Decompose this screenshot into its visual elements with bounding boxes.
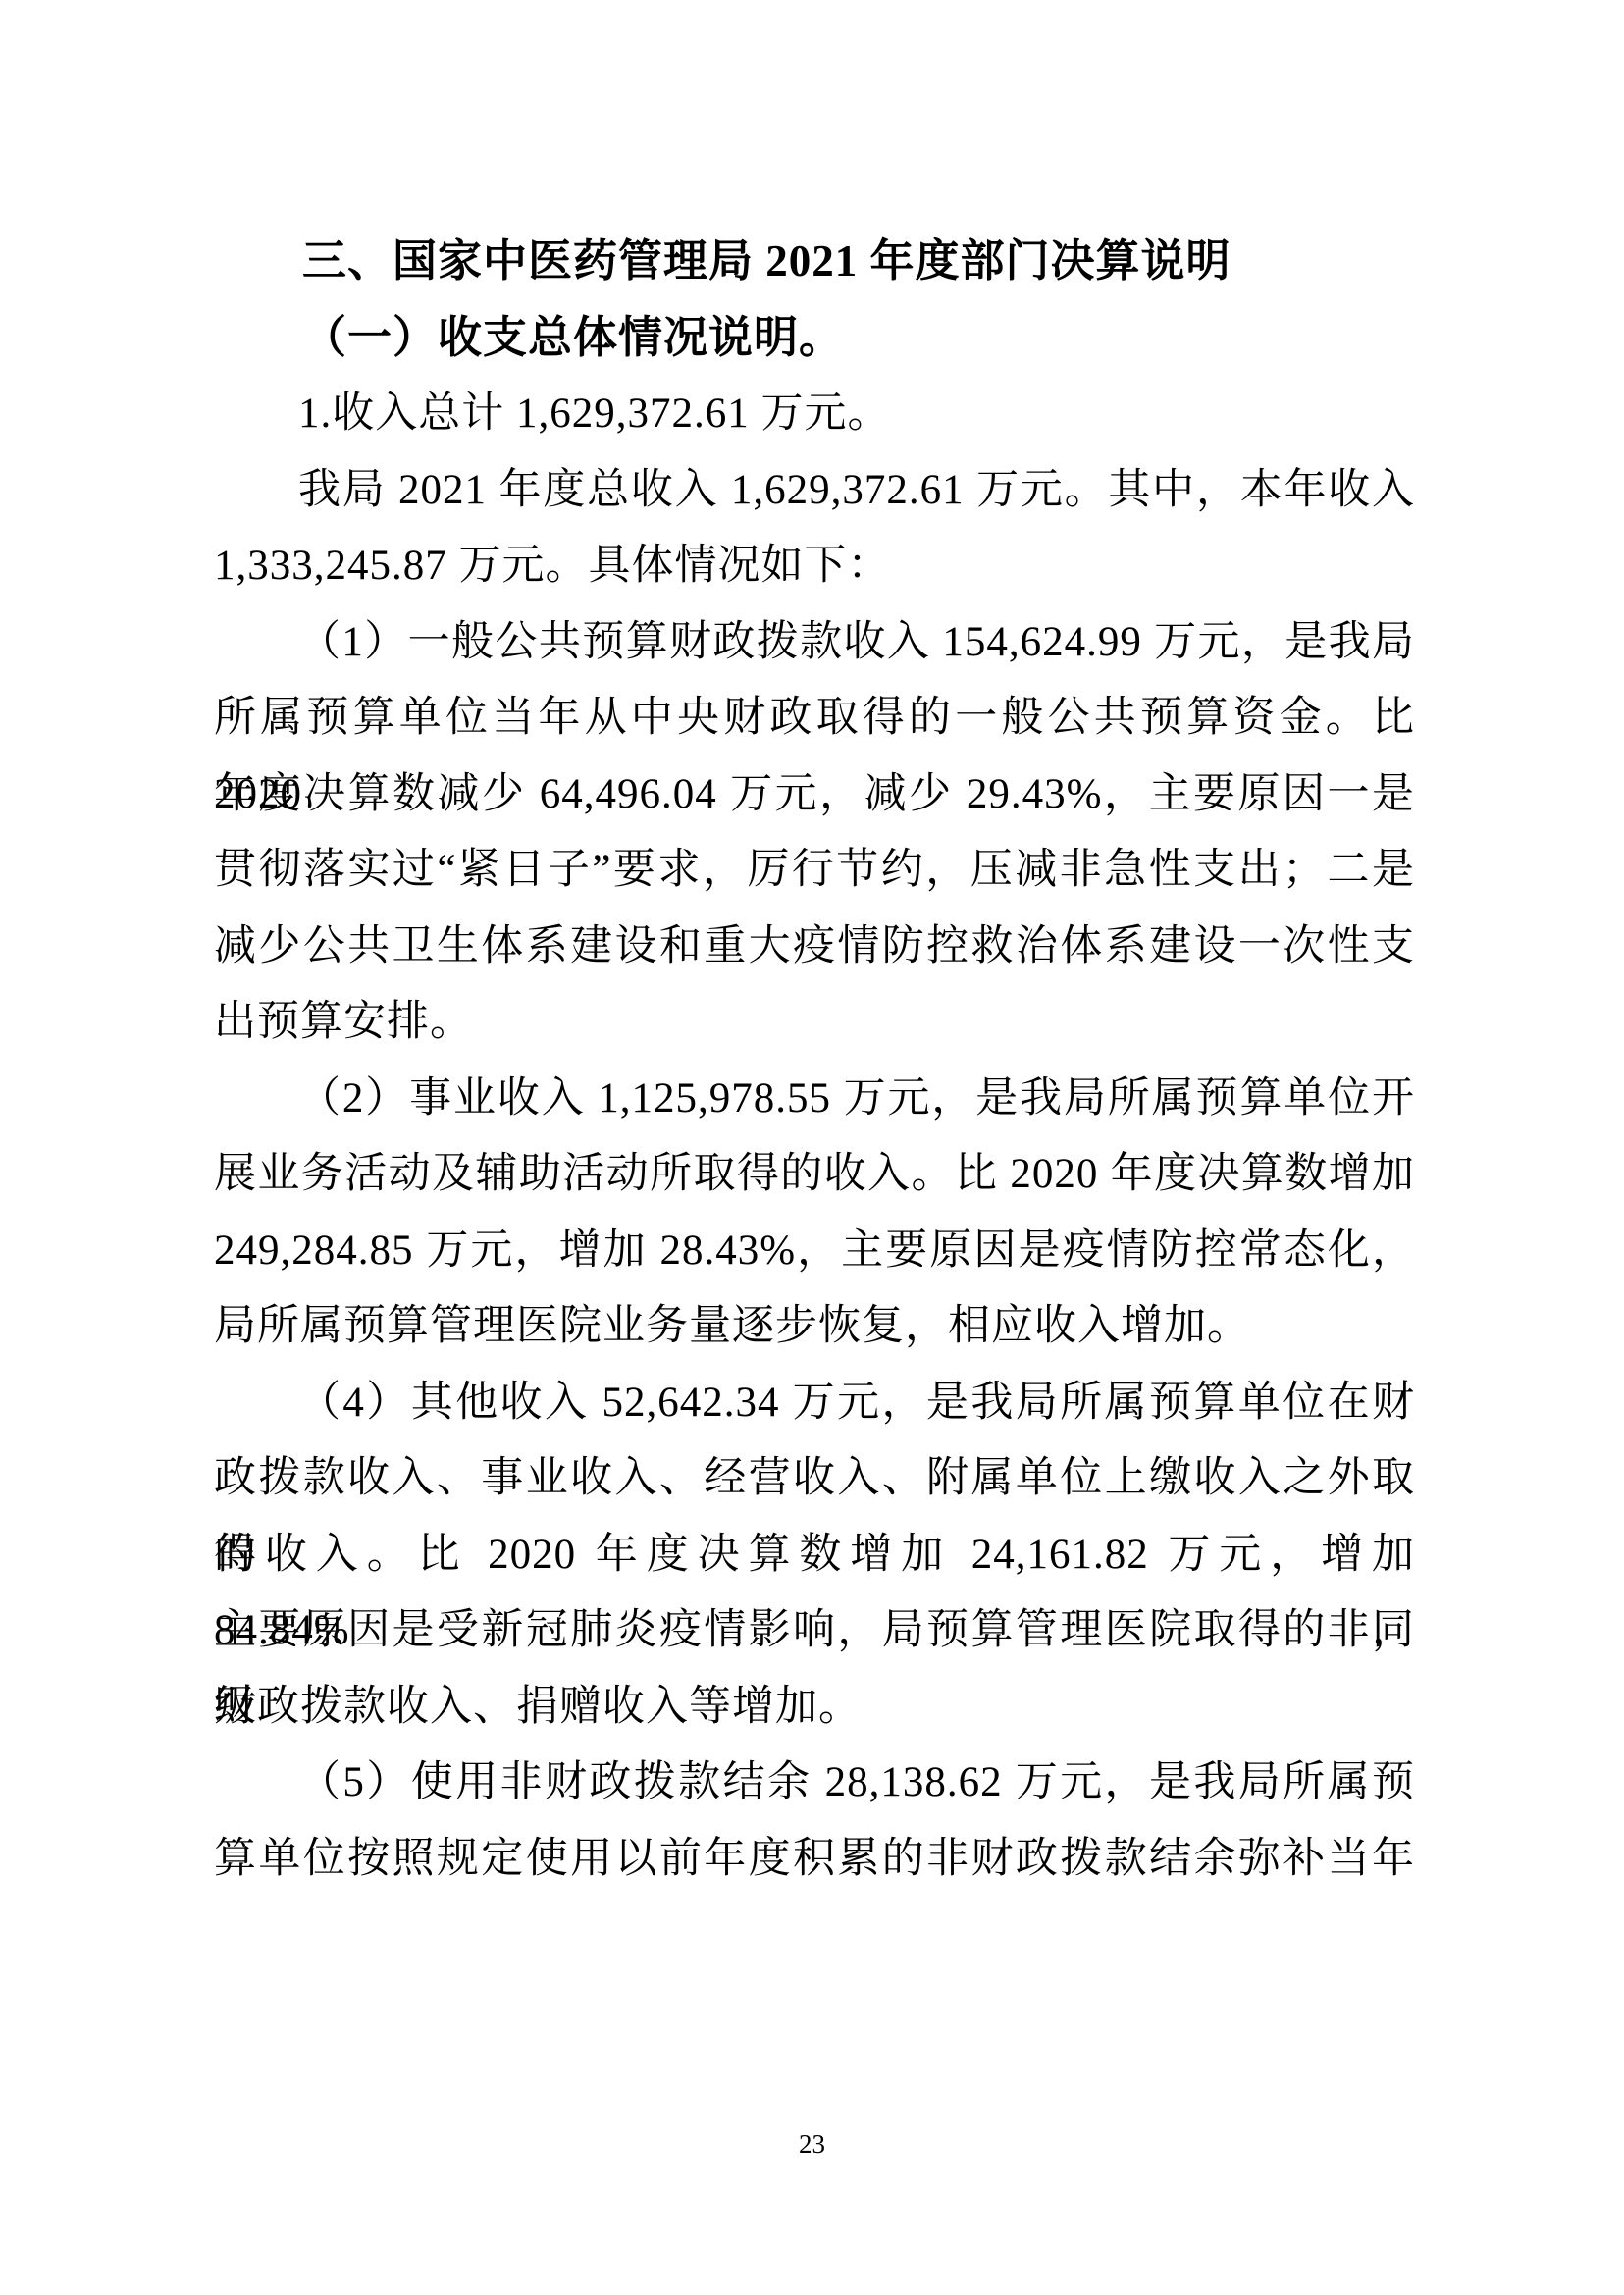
text-line: 局所属预算管理医院业务量逐步恢复，相应收入增加。	[214, 1288, 1415, 1365]
text-line: 1.收入总计 1,629,372.61 万元。	[214, 376, 1415, 452]
text-line: 所属预算单位当年从中央财政取得的一般公共预算资金。比 2020	[214, 680, 1415, 756]
text-line: 出预算安排。	[214, 984, 1415, 1061]
text-line: 减少公共卫生体系建设和重大疫情防控救治体系建设一次性支	[214, 909, 1415, 985]
text-line: 政拨款收入、事业收入、经营收入、附属单位上缴收入之外取得	[214, 1440, 1415, 1517]
text-line: 我局 2021 年度总收入 1,629,372.61 万元。其中，本年收入	[214, 452, 1415, 529]
document-title: 三、国家中医药管理局 2021 年度部门决算说明	[214, 224, 1415, 300]
text-line: 主要原因是受新冠肺炎疫情影响，局预算管理医院取得的非同级	[214, 1592, 1415, 1669]
text-line: （2）事业收入 1,125,978.55 万元，是我局所属预算单位开	[214, 1061, 1415, 1137]
text-line: 展业务活动及辅助活动所取得的收入。比 2020 年度决算数增加	[214, 1136, 1415, 1213]
text-line: 年度决算数减少 64,496.04 万元，减少 29.43%，主要原因一是	[214, 756, 1415, 833]
document-sheet: 三、国家中医药管理局 2021 年度部门决算说明 （一）收支总体情况说明。 1.…	[0, 0, 1624, 2295]
page-number: 23	[0, 2124, 1624, 2164]
text-line: （4）其他收入 52,642.34 万元，是我局所属预算单位在财	[214, 1365, 1415, 1441]
text-line: 249,284.85 万元，增加 28.43%，主要原因是疫情防控常态化，	[214, 1213, 1415, 1289]
text-line: 算单位按照规定使用以前年度积累的非财政拨款结余弥补当年	[214, 1821, 1415, 1898]
document-body: 三、国家中医药管理局 2021 年度部门决算说明 （一）收支总体情况说明。 1.…	[214, 224, 1415, 1897]
text-line: （1）一般公共预算财政拨款收入 154,624.99 万元，是我局	[214, 604, 1415, 681]
text-line: 的收入。比 2020 年度决算数增加 24,161.82 万元，增加 84.84…	[214, 1517, 1415, 1593]
text-line: （5）使用非财政拨款结余 28,138.62 万元，是我局所属预	[214, 1745, 1415, 1821]
section-heading: （一）收支总体情况说明。	[214, 300, 1415, 377]
text-line: 贯彻落实过“紧日子”要求，厉行节约，压减非急性支出；二是	[214, 832, 1415, 909]
document-page: { "page": { "number": "23", "background_…	[0, 0, 1624, 2295]
text-line: 1,333,245.87 万元。具体情况如下：	[214, 528, 1415, 604]
text-line: 财政拨款收入、捐赠收入等增加。	[214, 1669, 1415, 1746]
